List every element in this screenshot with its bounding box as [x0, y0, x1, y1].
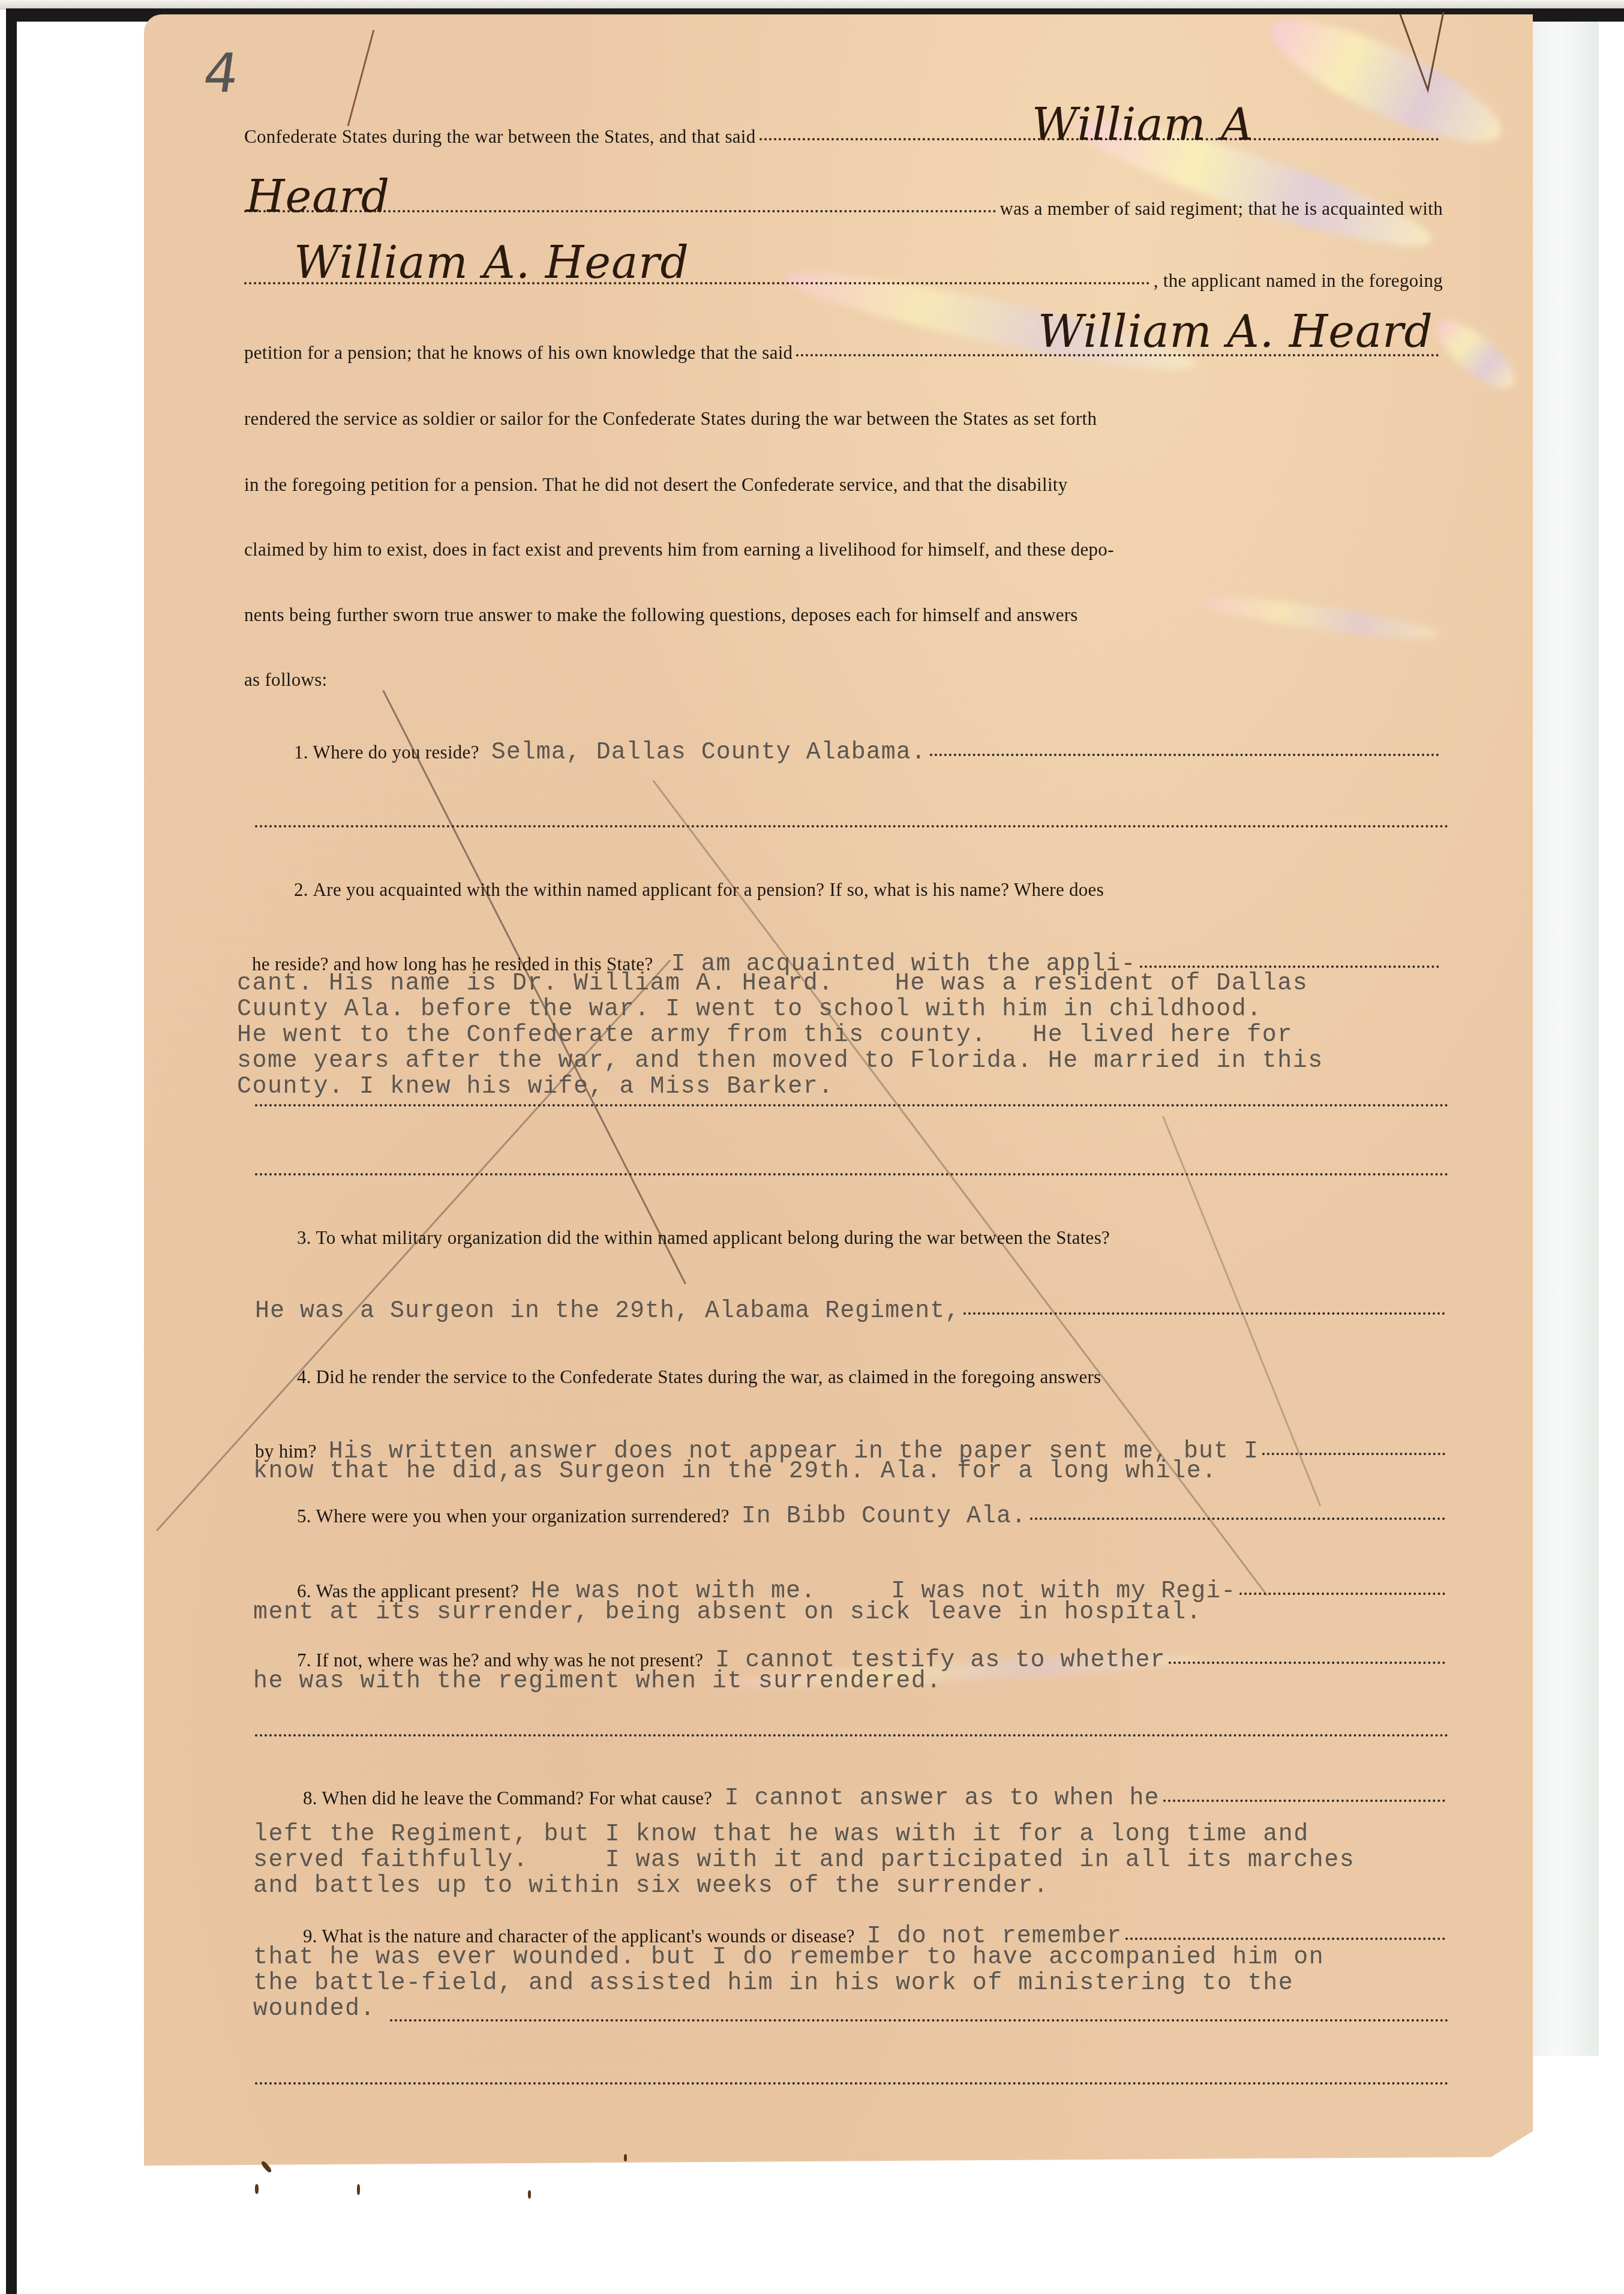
answer-continued: served faithfully. I was with it and par… — [253, 1847, 1355, 1874]
fill-line — [1262, 1453, 1445, 1455]
answer-continued: the battle-field, and assisted him in hi… — [253, 1970, 1293, 1997]
blank-answer-line — [255, 1173, 1449, 1176]
answer-continued: Cuunty Ala. before the war. I went to sc… — [237, 996, 1262, 1023]
blank-answer-line — [255, 825, 1449, 827]
blank-answer-line — [255, 1734, 1449, 1737]
question-1: 1. Where do you reside? Selma, Dallas Co… — [294, 739, 1443, 766]
blank-answer-line — [255, 2082, 1449, 2085]
body-line: nents being further sworn true answer to… — [244, 604, 1443, 626]
fill-line — [1239, 1593, 1445, 1595]
fill-line — [1163, 1800, 1445, 1802]
question-8: 8. When did he leave the Command? For wh… — [303, 1785, 1449, 1812]
fill-line — [963, 1312, 1445, 1315]
question-number: 3. — [297, 1227, 311, 1249]
answer-continued: County. I knew his wife, a Miss Barker. — [237, 1073, 834, 1100]
answer-continued: left the Regiment, but I know that he wa… — [253, 1821, 1309, 1848]
answer-continued: he was with the regiment when it surrend… — [253, 1668, 942, 1695]
fill-line — [1140, 965, 1439, 968]
answer-continued: cant. His name is Dr. William A. Heard. … — [237, 970, 1308, 997]
question-number: 4. — [297, 1366, 311, 1388]
printed-text: Confederate States during the war betwee… — [244, 126, 756, 148]
question-text: Where do you reside? — [313, 742, 479, 763]
body-line: rendered the service as soldier or sailo… — [244, 408, 1443, 430]
header-line-2: was a member of said regiment; that he i… — [244, 198, 1443, 220]
fill-line — [1169, 1662, 1445, 1664]
question-5: 5. Where were you when your organization… — [297, 1503, 1449, 1530]
answer-text: He was a Surgeon in the 29th, Alabama Re… — [255, 1298, 960, 1325]
question-number: 5. — [297, 1506, 311, 1527]
paper-stain — [255, 2184, 259, 2194]
paper-stain — [528, 2190, 531, 2199]
question-number: 2. — [294, 879, 308, 901]
fill-line — [1030, 1518, 1445, 1520]
answer-continued: know that he did,as Surgeon in the 29th.… — [253, 1458, 1217, 1485]
printed-text: petition for a pension; that he knows of… — [244, 342, 793, 364]
blank-answer-line — [255, 1104, 1449, 1106]
question-text: Are you acquainted with the within named… — [313, 879, 1104, 901]
question-2: 2. Are you acquainted with the within na… — [294, 879, 1443, 901]
answer-continued: some years after the war, and then moved… — [237, 1048, 1323, 1075]
printed-text: , the applicant named in the foregoing — [1154, 270, 1443, 292]
answer-text: I cannot answer as to when he — [724, 1785, 1159, 1812]
answer-continued: that he was ever wounded. but I do remem… — [253, 1944, 1324, 1971]
scanner-bed-margin — [17, 22, 143, 2294]
handwritten-name: William A. Heard — [1038, 306, 1433, 358]
fill-line — [930, 754, 1439, 756]
paper-stain — [357, 2184, 360, 2195]
answer-continued: He went to the Confederate army from thi… — [237, 1022, 1293, 1049]
handwritten-name: William A — [1032, 99, 1254, 151]
answer-continued: and battles up to within six weeks of th… — [253, 1873, 1049, 1900]
plastic-sleeve-edge — [1533, 22, 1599, 2056]
handwritten-surname: Heard — [246, 171, 390, 223]
answer-text: In Bibb County Ala. — [742, 1503, 1026, 1530]
scanner-frame-left — [6, 8, 17, 2294]
handwritten-name: William A. Heard — [294, 237, 689, 289]
body-line: claimed by him to exist, does in fact ex… — [244, 539, 1443, 560]
answer-text: Selma, Dallas County Alabama. — [491, 739, 926, 766]
question-text: When did he leave the Command? For what … — [322, 1788, 713, 1809]
answer-3: He was a Surgeon in the 29th, Alabama Re… — [255, 1298, 1449, 1325]
body-line: as follows: — [244, 669, 1443, 691]
question-text: To what military organization did the wi… — [316, 1227, 1110, 1249]
body-line: in the foregoing petition for a pension.… — [244, 474, 1443, 496]
question-number: 8. — [303, 1788, 317, 1809]
header-line-1: Confederate States during the war betwee… — [244, 126, 1443, 148]
blank-answer-line — [390, 2019, 1449, 2022]
pencil-checkmark — [1398, 12, 1446, 96]
question-3: 3. To what military organization did the… — [297, 1227, 1449, 1249]
question-number: 1. — [294, 742, 308, 763]
question-text: Where were you when your organization su… — [316, 1506, 730, 1527]
answer-continued: ment at its surrender, being absent on s… — [253, 1599, 1202, 1626]
fill-line — [1125, 1938, 1445, 1940]
question-4: 4. Did he render the service to the Conf… — [297, 1366, 1449, 1388]
question-text: Did he render the service to the Confede… — [316, 1366, 1101, 1388]
answer-continued: wounded. — [253, 1996, 376, 2023]
paper-stain — [624, 2154, 627, 2161]
printed-text: was a member of said regiment; that he i… — [1000, 198, 1443, 220]
